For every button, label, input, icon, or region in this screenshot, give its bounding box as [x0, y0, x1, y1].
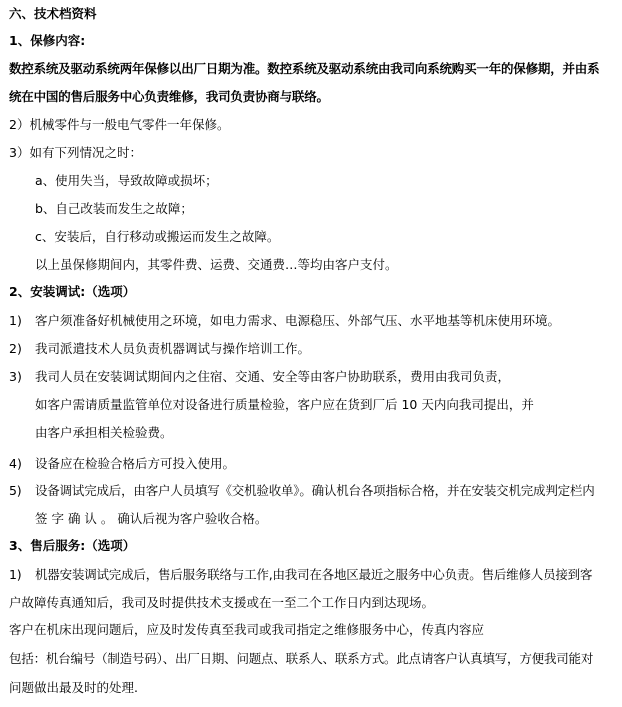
- installation-item: 2)我司派遣技术人员负责机器调试与操作培训工作。: [9, 341, 310, 357]
- warranty-item-2: 2）机械零件与一般电气零件一年保修。: [9, 117, 229, 133]
- warranty-paragraph-line-2: 统在中国的售后服务中心负责维修，我司负责协商与联络。: [9, 89, 329, 105]
- after-sales-paragraph-line-1: 客户在机床出现问题后，应及时发传真至我司或我司指定之维修服务中心，传真内容应: [9, 622, 484, 638]
- warranty-item-3: 3）如有下列情况之时：: [9, 145, 142, 161]
- after-sales-paragraph-line-2: 包括：机台编号（制造号码）、出厂日期、问题点、联系人、联系方式。此点请客户认真填…: [9, 651, 593, 667]
- section-title: 六、技术档资料: [9, 6, 97, 22]
- item-text: 设备调试完成后，由客户人员填写《交机验收单》。确认机台各项指标合格，并在安装交机…: [35, 483, 595, 498]
- item-text: 机器安装调试完成后，售后服务联络与工作,由我司在各地区最近之服务中心负责。售后维…: [35, 567, 592, 582]
- after-sales-paragraph-line-3: 问题做出最及时的处理.: [9, 680, 138, 696]
- installation-item-continuation: 如客户需请质量监管单位对设备进行质量检验，客户应在货到厂后 10 天内向我司提出…: [9, 397, 534, 413]
- warranty-note: 以上虽保修期间内，其零件费、运费、交通费…等均由客户支付。: [35, 257, 398, 273]
- after-sales-heading: 3、售后服务:（选项）: [9, 538, 135, 554]
- item-text: 我司派遣技术人员负责机器调试与操作培训工作。: [35, 341, 310, 356]
- item-number: 1): [9, 567, 35, 583]
- item-text: 由客户承担相关检验费。: [35, 425, 173, 440]
- installation-item: 4)设备应在检验合格后方可投入使用。: [9, 456, 235, 472]
- item-text: 我司人员在安装调试期间内之住宿、交通、安全等由客户协助联系，费用由我司负责，: [35, 369, 510, 384]
- warranty-sub-c: c、安装后，自行移动或搬运而发生之故障。: [35, 229, 279, 245]
- item-text: 签 字 确 认 。 确认后视为客户验收合格。: [35, 511, 267, 526]
- item-number: 4): [9, 456, 35, 472]
- item-text: 客户须准备好机械使用之环境，如电力需求、电源稳压、外部气压、水平地基等机床使用环…: [35, 313, 560, 328]
- item-number: 3): [9, 369, 35, 385]
- item-text: 设备应在检验合格后方可投入使用。: [35, 456, 235, 471]
- warranty-sub-b: b、自己改装而发生之故障；: [35, 201, 193, 217]
- item-number: 5): [9, 483, 35, 499]
- warranty-paragraph-line-1: 数控系统及驱动系统两年保修以出厂日期为准。数控系统及驱动系统由我司向系统购买一年…: [9, 61, 599, 77]
- item-number: 2): [9, 341, 35, 357]
- warranty-heading: 1、保修内容:: [9, 33, 85, 49]
- installation-item: 1)客户须准备好机械使用之环境，如电力需求、电源稳压、外部气压、水平地基等机床使…: [9, 313, 560, 329]
- installation-item-continuation: 由客户承担相关检验费。: [9, 425, 173, 441]
- installation-heading: 2、安装调试:（选项）: [9, 284, 135, 300]
- item-number: 1): [9, 313, 35, 329]
- installation-item: 5)设备调试完成后，由客户人员填写《交机验收单》。确认机台各项指标合格，并在安装…: [9, 483, 595, 499]
- after-sales-item-1-continuation: 户故障传真通知后，我司及时提供技术支援或在一至二个工作日内到达现场。: [9, 595, 434, 611]
- warranty-sub-a: a、使用失当，导致故障或损坏；: [35, 173, 218, 189]
- item-text: 如客户需请质量监管单位对设备进行质量检验，客户应在货到厂后 10 天内向我司提出…: [35, 397, 534, 412]
- after-sales-item-1: 1)机器安装调试完成后，售后服务联络与工作,由我司在各地区最近之服务中心负责。售…: [9, 567, 592, 583]
- installation-item: 3)我司人员在安装调试期间内之住宿、交通、安全等由客户协助联系，费用由我司负责，: [9, 369, 510, 385]
- installation-item-continuation: 签 字 确 认 。 确认后视为客户验收合格。: [9, 511, 267, 527]
